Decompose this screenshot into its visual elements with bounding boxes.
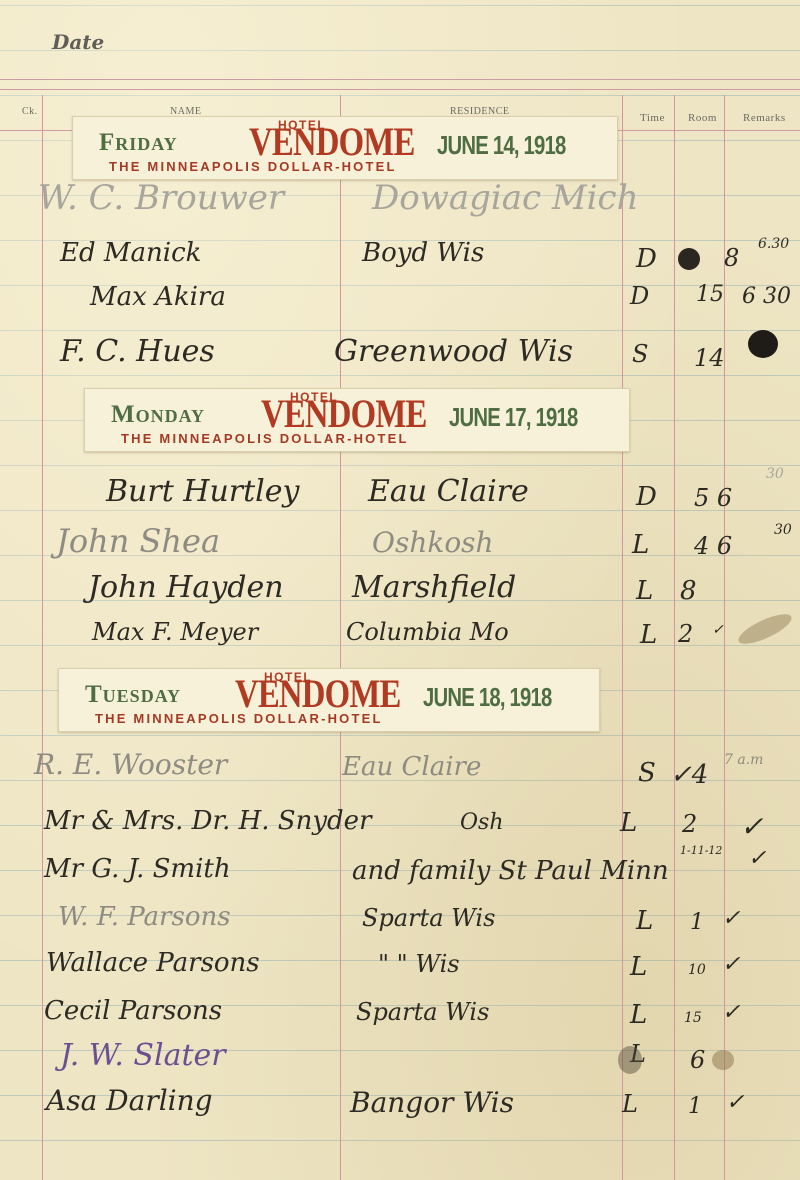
banner-hotel-name: VENDOME: [261, 392, 427, 436]
banner-day: Monday: [111, 401, 205, 429]
entry-remarks: 30: [774, 522, 792, 538]
entry-time: D: [636, 244, 657, 274]
entry-time: L: [636, 906, 653, 936]
entry-name: John Shea: [56, 522, 220, 560]
entry-remarks: ✓: [722, 906, 740, 931]
entry-time: S: [638, 758, 656, 788]
entry-room: 2: [678, 620, 693, 648]
entry-time: L: [636, 576, 653, 606]
water-stain: [735, 609, 795, 650]
header-rule-2: [0, 89, 800, 90]
entry-residence: Sparta Wis: [362, 904, 495, 932]
column-header-remarks: Remarks: [743, 112, 786, 124]
entry-name: W. C. Brouwer: [38, 178, 284, 218]
time-column-rule: [674, 95, 675, 1180]
entry-name: Max Akira: [90, 282, 226, 312]
entry-room: 1: [688, 1094, 702, 1119]
entry-residence: Dowagiac Mich: [372, 178, 639, 218]
entry-name: Max F. Meyer: [92, 618, 258, 646]
entry-room: 8: [680, 576, 697, 606]
residence-column-rule: [622, 95, 623, 1180]
entry-remarks: ✓: [740, 810, 763, 843]
entry-remarks: ✓: [726, 1090, 744, 1115]
entry-remarks: ✓: [722, 952, 740, 977]
entry-name: F. C. Hues: [60, 334, 215, 369]
entry-room: 4 6: [694, 532, 732, 560]
entry-remarks: ✓: [748, 846, 766, 871]
entry-name: Burt Hurtley: [106, 474, 299, 509]
ink-blot: [678, 248, 700, 270]
entry-room: 15: [684, 1010, 702, 1026]
entry-residence: Eau Claire: [368, 474, 529, 509]
entry-time: D: [630, 282, 649, 310]
entry-room: 5 6: [694, 484, 732, 512]
column-header-ck: Ck.: [22, 106, 38, 117]
entry-room: ✓4: [670, 760, 708, 790]
entry-room: 10: [688, 962, 706, 978]
banner-day: Friday: [99, 129, 178, 157]
ink-smudge: [618, 1046, 642, 1074]
entry-remarks: 6 30: [742, 284, 791, 309]
entry-name: Cecil Parsons: [44, 996, 222, 1026]
ink-blot: [748, 330, 778, 358]
entry-residence: Sparta Wis: [356, 998, 489, 1026]
entry-residence: Eau Claire: [342, 752, 481, 782]
ck-column-rule: [42, 95, 43, 1180]
entry-room: 8: [724, 244, 739, 272]
entry-remarks: 6.30: [758, 236, 789, 252]
entry-time: L: [632, 530, 649, 560]
entry-residence: Oshkosh: [372, 526, 494, 559]
entry-residence: and family St Paul Minn: [352, 856, 669, 886]
banner-tagline: THE MINNEAPOLIS DOLLAR-HOTEL: [95, 711, 383, 726]
header-rule-top: [0, 79, 800, 80]
entry-residence: " " Wis: [378, 950, 460, 978]
entry-remarks: ✓: [722, 1000, 740, 1025]
entry-remarks: ✓: [712, 622, 724, 638]
entry-name: Ed Manick: [60, 238, 201, 268]
entry-remarks: 30: [766, 466, 784, 482]
entry-time: S: [632, 340, 648, 368]
date-label: Date: [52, 30, 104, 54]
entry-time: D: [636, 482, 657, 512]
entry-remarks: 7 a.m: [724, 752, 763, 768]
column-header-time: Time: [640, 112, 665, 124]
banner-tagline: THE MINNEAPOLIS DOLLAR-HOTEL: [121, 431, 409, 446]
entry-name: R. E. Wooster: [34, 748, 227, 781]
banner-tagline: THE MINNEAPOLIS DOLLAR-HOTEL: [109, 159, 397, 174]
name-column-rule: [340, 95, 341, 1180]
banner-date: JUNE 18, 1918: [423, 682, 552, 713]
entry-room: 1-11-12: [680, 844, 722, 857]
entry-residence: Boyd Wis: [362, 238, 484, 268]
entry-time: L: [640, 620, 657, 650]
entry-room: 6: [690, 1046, 705, 1074]
entry-room: 2: [682, 810, 697, 838]
banner-day: Tuesday: [85, 681, 181, 709]
entry-name: J. W. Slater: [60, 1038, 226, 1073]
entry-time: L: [622, 1090, 638, 1118]
entry-time: L: [630, 952, 647, 982]
entry-name: Mr G. J. Smith: [44, 854, 231, 884]
entry-time: L: [630, 1000, 647, 1030]
entry-room: 15: [696, 282, 724, 307]
entry-residence: Greenwood Wis: [334, 334, 573, 369]
entry-residence: Bangor Wis: [350, 1086, 514, 1119]
entry-name: Asa Darling: [46, 1084, 213, 1117]
entry-name: W. F. Parsons: [58, 902, 231, 932]
entry-name: John Hayden: [88, 570, 284, 605]
entry-residence: Marshfield: [352, 570, 516, 605]
date-banner-monday: Monday HOTEL VENDOME JUNE 17, 1918 THE M…: [84, 388, 630, 452]
entry-room: 1: [690, 910, 704, 935]
entry-name: Mr & Mrs. Dr. H. Snyder: [44, 806, 372, 836]
water-stain: [712, 1050, 734, 1070]
banner-hotel-name: VENDOME: [249, 120, 415, 164]
entry-room: 14: [694, 344, 725, 372]
entry-residence: Osh: [460, 810, 504, 835]
entry-residence: Columbia Mo: [346, 618, 509, 646]
date-banner-friday: Friday HOTEL VENDOME JUNE 14, 1918 THE M…: [72, 116, 618, 180]
entry-time: L: [620, 808, 637, 838]
banner-date: JUNE 14, 1918: [437, 130, 566, 161]
column-header-room: Room: [688, 112, 717, 124]
date-banner-tuesday: Tuesday HOTEL VENDOME JUNE 18, 1918 THE …: [58, 668, 600, 732]
banner-hotel-name: VENDOME: [235, 672, 401, 716]
entry-name: Wallace Parsons: [46, 948, 260, 978]
banner-date: JUNE 17, 1918: [449, 402, 578, 433]
